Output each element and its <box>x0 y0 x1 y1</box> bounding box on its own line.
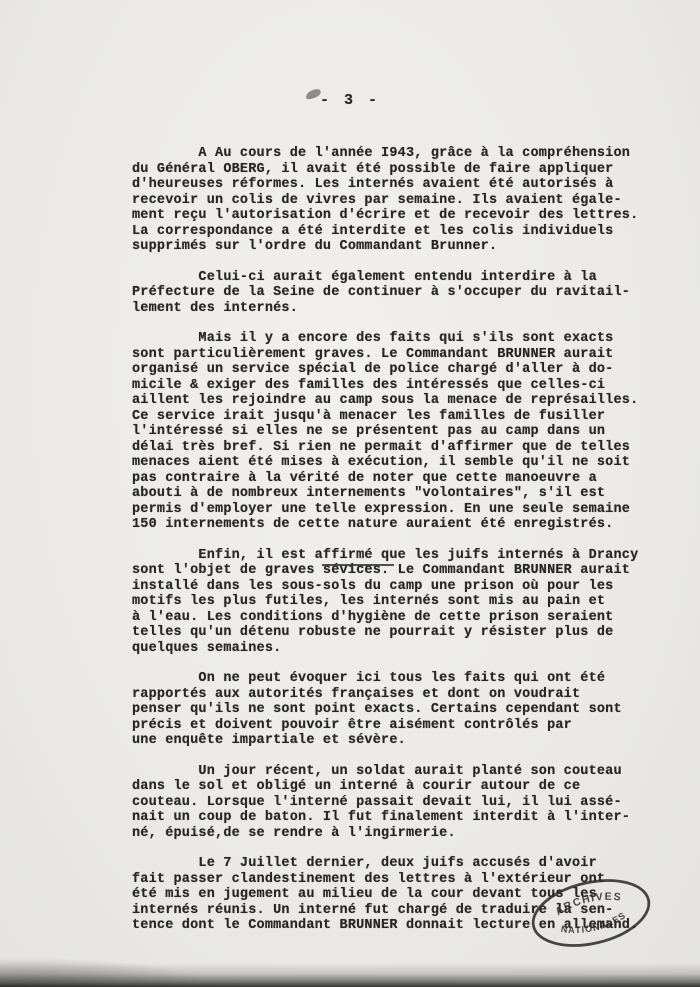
page-number: - 3 - <box>0 92 700 109</box>
scanned-document-page: - 3 - A Au cours de l'année I943, grâce … <box>0 0 700 987</box>
paragraph-6: Un jour récent, un soldat aurait planté … <box>132 764 677 842</box>
paragraph-1: A Au cours de l'année I943, grâce à la c… <box>132 146 677 255</box>
document-body: A Au cours de l'année I943, grâce à la c… <box>132 146 677 949</box>
scan-shadow-bottom <box>0 963 700 987</box>
paragraph-5: On ne peut évoquer ici tous les faits qu… <box>132 671 677 749</box>
paragraph-3: Mais il y a encore des faits qui s'ils s… <box>132 331 677 533</box>
underline-sevices <box>322 564 394 566</box>
paragraph-2: Celui-ci aurait également entendu interd… <box>132 270 677 317</box>
paragraph-4: Enfin, il est affirmé que les juifs inte… <box>132 548 677 657</box>
